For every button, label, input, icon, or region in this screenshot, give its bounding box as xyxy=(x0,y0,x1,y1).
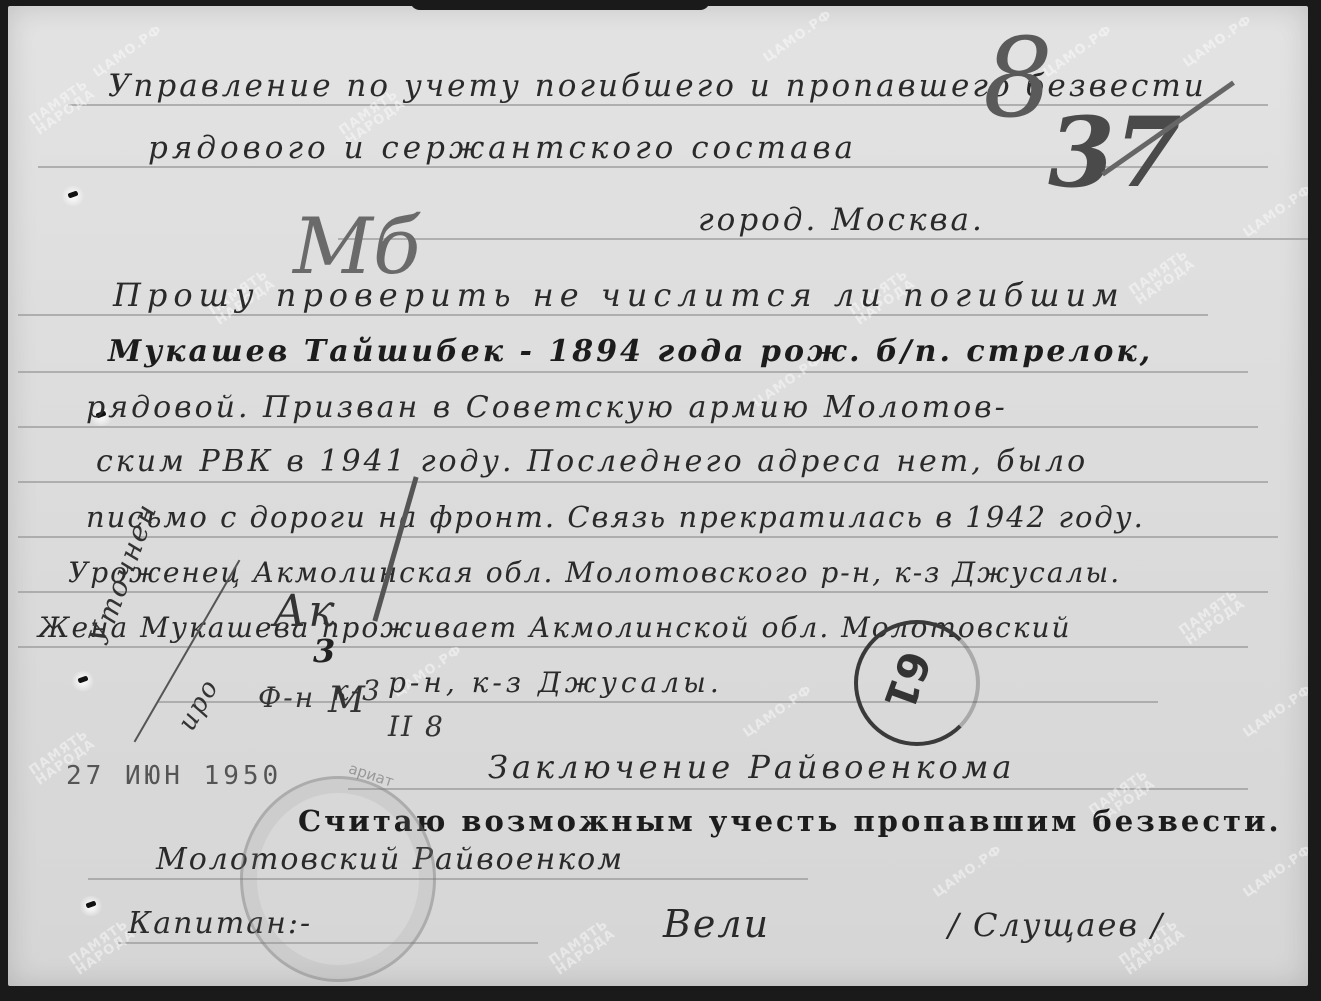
header-line-2: рядового и сержантского состава xyxy=(148,130,857,166)
margin-note: Ф-н xyxy=(258,681,315,714)
watermark: ЦАМО.РФ xyxy=(742,684,815,740)
punch-hole xyxy=(60,186,86,206)
conclusion-text: Считаю возможным учесть пропавшим безвес… xyxy=(298,804,1282,838)
ruled-line xyxy=(18,481,1268,483)
ruled-line xyxy=(18,314,1208,316)
watermark: ПАМЯТЬНАРОДА xyxy=(1177,588,1247,647)
margin-note: II 8 xyxy=(388,710,445,743)
header-city: город. Москва. xyxy=(698,202,985,238)
ruled-line xyxy=(88,878,808,880)
margin-note: к-3 xyxy=(332,674,382,707)
pencil-annotation-mb: Мб xyxy=(293,202,420,292)
document-sheet: ЦАМО.РФ ПАМЯТЬНАРОДА ПАМЯТЬНАРОДА ЦАМО.Р… xyxy=(8,6,1308,986)
body-line-3: рядовой. Призван в Советскую армию Молот… xyxy=(86,390,1008,425)
body-line-4: ским РВК в 1941 году. Последнего адреса … xyxy=(96,444,1088,479)
watermark: ЦАМО.РФ xyxy=(932,844,1005,900)
punch-hole xyxy=(70,671,96,691)
watermark: ПАМЯТЬНАРОДА xyxy=(27,78,97,137)
torn-edge xyxy=(410,0,710,10)
signer-name: / Слущаев / xyxy=(948,906,1164,944)
body-line-1: Прошу проверить не числится ли погибшим xyxy=(113,276,1125,314)
pencil-checkmark-stroke xyxy=(372,476,418,622)
body-line-5: письмо с дороги на фронт. Связь прекрати… xyxy=(86,500,1145,534)
margin-note: 3 xyxy=(313,632,337,670)
conclusion-title: Заключение Райвоенкома xyxy=(488,748,1015,786)
official-seal xyxy=(240,776,436,982)
watermark: ЦАМО.РФ xyxy=(1242,844,1308,900)
date-stamp: 27 ИЮН 1950 xyxy=(66,761,282,791)
margin-note: иро xyxy=(172,673,226,736)
pencil-annotation-8: 8 xyxy=(983,14,1053,142)
watermark: ПАМЯТЬНАРОДА xyxy=(1127,248,1197,307)
watermark: ЦАМО.РФ xyxy=(1242,184,1308,240)
watermark: ЦАМО.РФ xyxy=(1242,684,1308,740)
signature: Вели xyxy=(663,902,770,946)
punch-hole xyxy=(78,896,104,916)
watermark: ЦАМО.РФ xyxy=(762,9,835,65)
watermark: ПАМЯТЬНАРОДА xyxy=(547,918,617,977)
pencil-annotation-37: 37 xyxy=(1048,96,1182,209)
ruled-line xyxy=(18,646,1248,648)
ruled-line xyxy=(18,591,1268,593)
ruled-line xyxy=(338,238,1308,240)
ruled-line xyxy=(18,371,1248,373)
margin-note: Ак xyxy=(273,586,337,637)
body-line-8: р-н, к-з Джусалы. xyxy=(388,666,723,699)
body-line-2: Мукашев Тайшибек - 1894 года рож. б/п. с… xyxy=(108,334,1153,369)
ruled-line xyxy=(18,426,1258,428)
ruled-line xyxy=(18,536,1278,538)
watermark: ЦАМО.РФ xyxy=(1182,14,1255,70)
